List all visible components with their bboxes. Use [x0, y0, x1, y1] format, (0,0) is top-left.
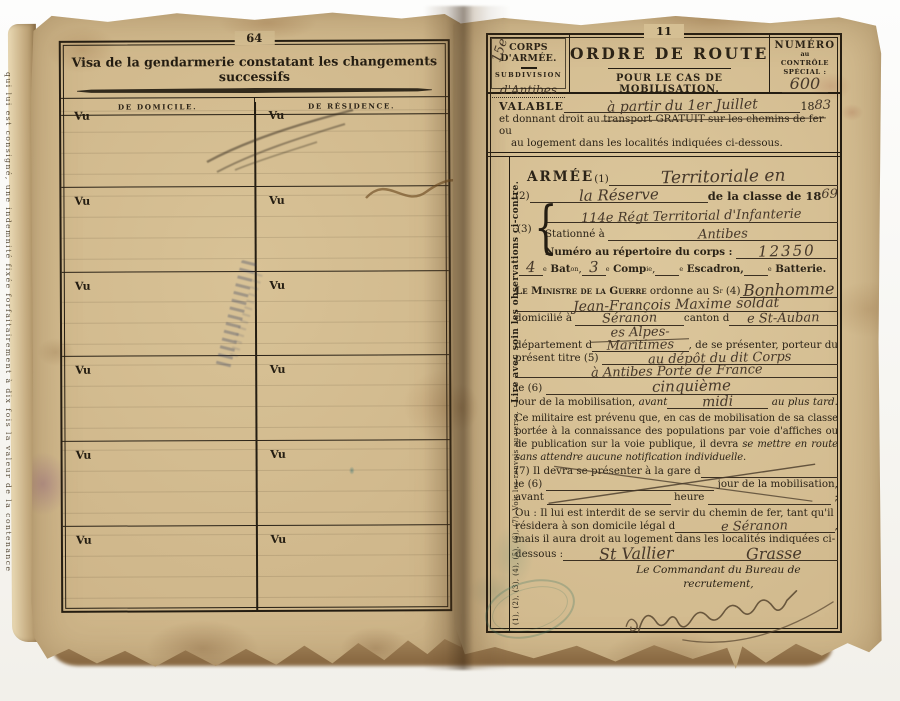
left-page: 64 Visa de la gendarmerie constatant les…	[30, 10, 462, 668]
ministre-label: Le Ministre de la Guerre	[515, 285, 647, 298]
table-cell: Vu	[255, 356, 450, 441]
handwritten-locality-1: St Vallier	[596, 545, 677, 563]
handwritten-legal-domicile: e Séranon	[718, 519, 791, 534]
gare-semicolon: ;	[831, 491, 838, 504]
left-page-number: 64	[234, 31, 274, 45]
title-rule	[608, 68, 731, 69]
handwritten-reserve: la Réserve	[576, 187, 662, 204]
unit-details-group: (3) { 114e Régt Territorial d'Infanterie…	[515, 205, 838, 259]
table-row: Vu Vu	[63, 439, 450, 526]
sup-e: e	[606, 265, 610, 273]
form-title-box: ORDRE DE ROUTE POUR LE CAS DE MOBILISATI…	[570, 35, 769, 92]
gare-avant-label: avant	[515, 491, 547, 504]
table-row: Vu Vu	[62, 355, 449, 442]
company-label: Comp	[610, 263, 647, 276]
subdivision-label: SUBDIVISION	[488, 71, 569, 79]
table-cell: Vu	[254, 271, 449, 356]
interdiction-line1: Ou : Il lui est interdit de se servir du…	[515, 507, 838, 520]
small-rule	[521, 67, 537, 69]
brace-glyph: {	[534, 200, 557, 257]
handwritten-station: Antibes	[695, 228, 751, 242]
handwritten-regiment: 114e Régt Territorial d'Infanterie	[578, 208, 805, 226]
plus-tard-label: au plus tard.	[768, 396, 837, 409]
ordre-de-route-form: 11 15e CORPS D'ARMÉE. SUBDIVISION d'Anti…	[486, 33, 842, 633]
left-page-title: Visa de la gendarmerie constatant les ch…	[61, 53, 448, 85]
right-page-number: 11	[644, 24, 684, 38]
form-main: (1), (2), (3), (4), (5), (6), (7). Voir …	[488, 157, 840, 632]
sup-ie: ie	[646, 265, 652, 273]
table-cell: Vu	[63, 526, 256, 611]
handwritten-control-number: 600	[790, 74, 821, 93]
residence-label: résidera à son domicile légal d	[515, 520, 675, 533]
le6-label: le (6)	[515, 382, 546, 395]
gare-le6-label: le (6)	[515, 478, 546, 491]
handwritten-valid-date: à partir du 1er Juillet	[604, 97, 761, 114]
gare-line1: Il devra se présenter à la gare d	[533, 465, 701, 478]
handwritten-year: 83	[814, 98, 831, 113]
handwritten-battalion: 4	[523, 260, 539, 275]
avant-label: avant	[639, 396, 668, 409]
gare-heure-label: heure	[671, 491, 708, 504]
handwritten-locality-2: Grasse	[743, 546, 805, 563]
classe-label: de la classe de 18	[708, 189, 822, 204]
vu-label: Vu	[76, 534, 92, 547]
form-content: ARMÉE (1) Territoriale en (2) la Réserve…	[510, 157, 845, 632]
numero-au-label: au	[770, 51, 840, 59]
vu-label: Vu	[75, 279, 91, 292]
vu-label: Vu	[75, 364, 91, 377]
corps-armee-box: 15e CORPS D'ARMÉE. SUBDIVISION d'Antibes	[488, 35, 570, 92]
valable-line2-pre: et donnant droit au	[499, 113, 603, 125]
table-cell: Vu	[61, 187, 254, 272]
departement-label: département d	[515, 339, 592, 352]
crossed-out-station-section: (7) Il devra se présenter à la gare d le…	[515, 465, 838, 505]
sup-r: r	[720, 287, 723, 295]
valable-label: VALABLE	[499, 100, 564, 113]
gare-line2-post: jour de la mobilisation,	[714, 478, 838, 491]
armee-label: ARMÉE	[527, 169, 594, 186]
valable-line3: au logement dans les localités indiquées…	[511, 137, 831, 149]
vu-label: Vu	[270, 533, 286, 546]
edge-vertical-text: qui lui est consigné, une indemnité fixé…	[4, 72, 13, 573]
scanned-military-booklet: qui lui est consigné, une indemnité fixé…	[0, 0, 900, 701]
handwritten-canton: e St-Auban	[744, 311, 823, 326]
handwritten-army-type: Territoriale en	[658, 168, 789, 188]
vu-label: Vu	[76, 449, 92, 462]
handwritten-corps-registry-number: 12350	[755, 243, 819, 259]
form-header-row: 15e CORPS D'ARMÉE. SUBDIVISION d'Antibes…	[488, 35, 840, 94]
handwritten-mobilisation-day: cinquième	[649, 379, 734, 396]
battalion-label: Bat	[547, 263, 571, 276]
table-cell: Vu	[63, 441, 256, 526]
decorative-swelled-rule	[77, 87, 432, 94]
jour-label: jour de la mobilisation,	[515, 396, 639, 409]
table-row: Vu Vu	[63, 524, 450, 611]
canton-label: canton d	[684, 312, 729, 325]
vu-label: Vu	[74, 195, 90, 208]
dessous-label: dessous :	[515, 548, 563, 561]
residence-comma: ,	[835, 520, 838, 533]
handwritten-subdivision-place: d'Antibes	[492, 83, 565, 98]
sup-on: on	[571, 265, 579, 273]
handwritten-company: 3	[586, 260, 602, 275]
battery-label: Batterie.	[772, 263, 827, 276]
ref-2: (2)	[515, 190, 530, 203]
vu-label: Vu	[270, 448, 286, 461]
table-cell: Vu	[255, 525, 450, 610]
domicile-label: domicilié à	[515, 312, 575, 325]
sup-e: e	[679, 265, 683, 273]
mobilisation-notice: Ce militaire est prévenu que, en cas de …	[515, 412, 838, 464]
numero-controle-box: NUMÉRO au CONTRÔLE SPÉCIAL : 600	[769, 35, 840, 92]
struck-transport-clause: transport GRATUIT sur les chemins de fer	[603, 113, 823, 125]
titre-label: présent titre (5)	[515, 352, 602, 365]
vu-label: Vu	[270, 363, 286, 376]
ref-1: (1)	[594, 173, 609, 186]
handwritten-deadline: midi	[699, 394, 736, 409]
vu-label: Vu	[269, 194, 285, 207]
valable-section: VALABLE à partir du 1er Juillet 18 83 et…	[488, 94, 840, 153]
handwritten-departement: es Alpes-Maritimes	[592, 325, 689, 353]
vu-label: Vu	[74, 110, 90, 123]
squadron-label: Escadron,	[683, 263, 744, 276]
valable-line2-post: ou	[499, 125, 512, 137]
handwritten-class-year: 69	[821, 187, 838, 204]
table-cell: Vu	[255, 440, 450, 525]
form-title: ORDRE DE ROUTE	[570, 44, 769, 63]
form-subtitle: POUR LE CAS DE MOBILISATION.	[570, 73, 769, 95]
sup-e: e	[768, 265, 772, 273]
vu-label: Vu	[269, 279, 285, 292]
sup-e: e	[543, 265, 547, 273]
ref-7: (7)	[515, 465, 533, 478]
repertoire-label: Numéro au répertoire du corps :	[545, 246, 736, 259]
margin-instructions-strip: (1), (2), (3), (4), (5), (6), (7). Voir …	[488, 157, 510, 632]
year-prefix: 18	[800, 100, 814, 113]
ref-3: (3)	[517, 223, 532, 236]
ink-scribble-mark	[195, 100, 365, 185]
right-page: 11 15e CORPS D'ARMÉE. SUBDIVISION d'Anti…	[452, 14, 882, 670]
